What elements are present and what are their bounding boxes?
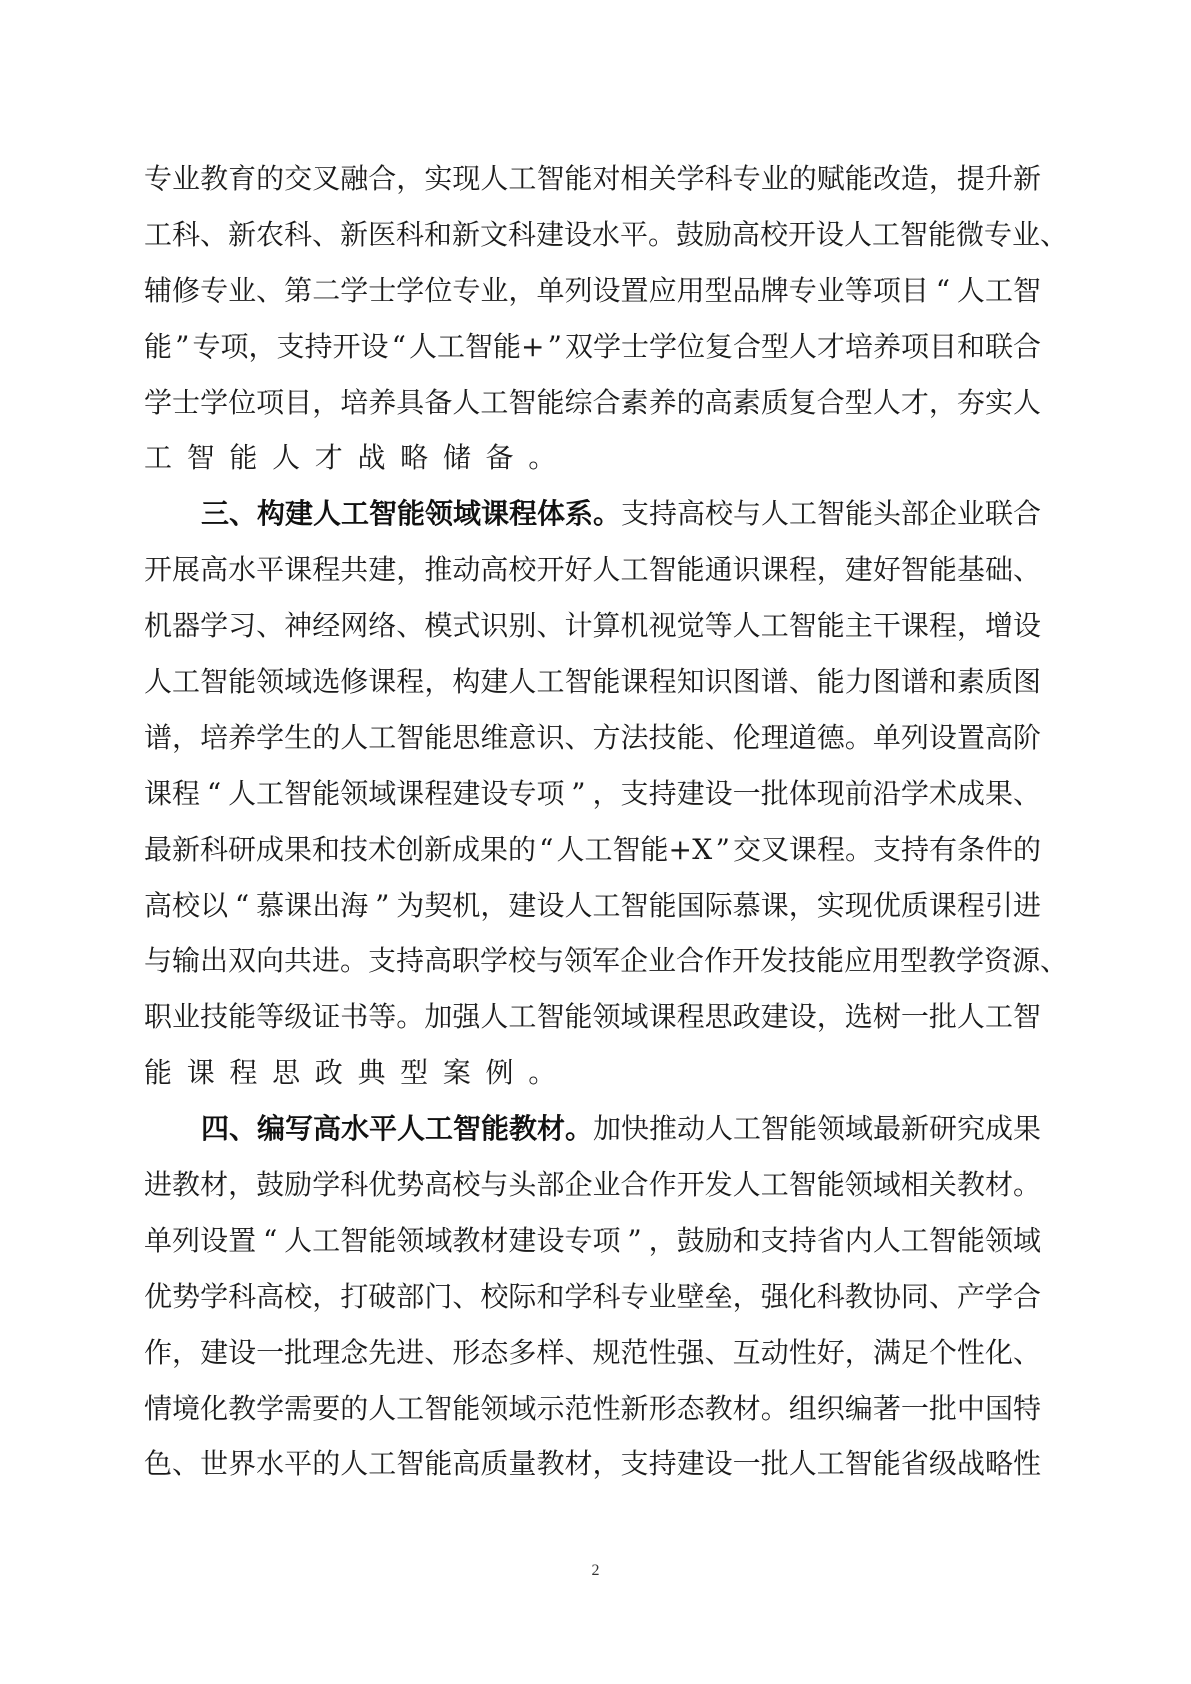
text-line: 学士学位项目，培养具备人工智能综合素养的高素质复合型人才，夯实人: [144, 375, 1041, 431]
text-line: 专业教育的交叉融合，实现人工智能对相关学科专业的赋能改造，提升新: [144, 151, 1041, 207]
document-page: 专业教育的交叉融合，实现人工智能对相关学科专业的赋能改造，提升新工科、新农科、新…: [0, 0, 1191, 1684]
document-body: 专业教育的交叉融合，实现人工智能对相关学科专业的赋能改造，提升新工科、新农科、新…: [144, 151, 1041, 1492]
paragraph: 三、构建人工智能领域课程体系。支持高校与人工智能头部企业联合开展高水平课程共建，…: [144, 486, 1041, 1101]
text-line: 机器学习、神经网络、模式识别、计算机视觉等人工智能主干课程，增设: [144, 598, 1041, 654]
text-line: 进教材，鼓励学科优势高校与头部企业合作开发人工智能领域相关教材。: [144, 1157, 1041, 1213]
text-line: 单列设置“人工智能领域教材建设专项”，鼓励和支持省内人工智能领域: [144, 1213, 1041, 1269]
text-line: 开展高水平课程共建，推动高校开好人工智能通识课程，建好智能基础、: [144, 542, 1041, 598]
text-line: 人工智能领域选修课程，构建人工智能课程知识图谱、能力图谱和素质图: [144, 654, 1041, 710]
text-line: 辅修专业、第二学士学位专业，单列设置应用型品牌专业等项目“人工智: [144, 263, 1041, 319]
text-line: 色、世界水平的人工智能高质量教材，支持建设一批人工智能省级战略性: [144, 1436, 1041, 1492]
text-line: 三、构建人工智能领域课程体系。支持高校与人工智能头部企业联合: [144, 486, 1041, 542]
text-line: 工科、新农科、新医科和新文科建设水平。鼓励高校开设人工智能微专业、: [144, 207, 1041, 263]
text-line: 职业技能等级证书等。加强人工智能领域课程思政建设，选树一批人工智: [144, 989, 1041, 1045]
text-line: 能课程思政典型案例。: [144, 1045, 1041, 1101]
text-line: 最新科研成果和技术创新成果的“人工智能+X”交叉课程。支持有条件的: [144, 822, 1041, 878]
text-line: 课程“人工智能领域课程建设专项”，支持建设一批体现前沿学术成果、: [144, 766, 1041, 822]
text-line: 作，建设一批理念先进、形态多样、规范性强、互动性好，满足个性化、: [144, 1325, 1041, 1381]
page-number: 2: [0, 1562, 1191, 1580]
paragraph: 专业教育的交叉融合，实现人工智能对相关学科专业的赋能改造，提升新工科、新农科、新…: [144, 151, 1041, 486]
text-line: 能”专项，支持开设“人工智能+”双学士学位复合型人才培养项目和联合: [144, 319, 1041, 375]
text-line: 优势学科高校，打破部门、校际和学科专业壁垒，强化科教协同、产学合: [144, 1269, 1041, 1325]
paragraph: 四、编写高水平人工智能教材。加快推动人工智能领域最新研究成果进教材，鼓励学科优势…: [144, 1101, 1041, 1492]
text-line: 四、编写高水平人工智能教材。加快推动人工智能领域最新研究成果: [144, 1101, 1041, 1157]
text-line: 与输出双向共进。支持高职学校与领军企业合作开发技能应用型教学资源、: [144, 933, 1041, 989]
text-line: 高校以“慕课出海”为契机，建设人工智能国际慕课，实现优质课程引进: [144, 878, 1041, 934]
text-line: 情境化教学需要的人工智能领域示范性新形态教材。组织编著一批中国特: [144, 1381, 1041, 1437]
text-line: 谱，培养学生的人工智能思维意识、方法技能、伦理道德。单列设置高阶: [144, 710, 1041, 766]
text-line: 工智能人才战略储备。: [144, 430, 1041, 486]
